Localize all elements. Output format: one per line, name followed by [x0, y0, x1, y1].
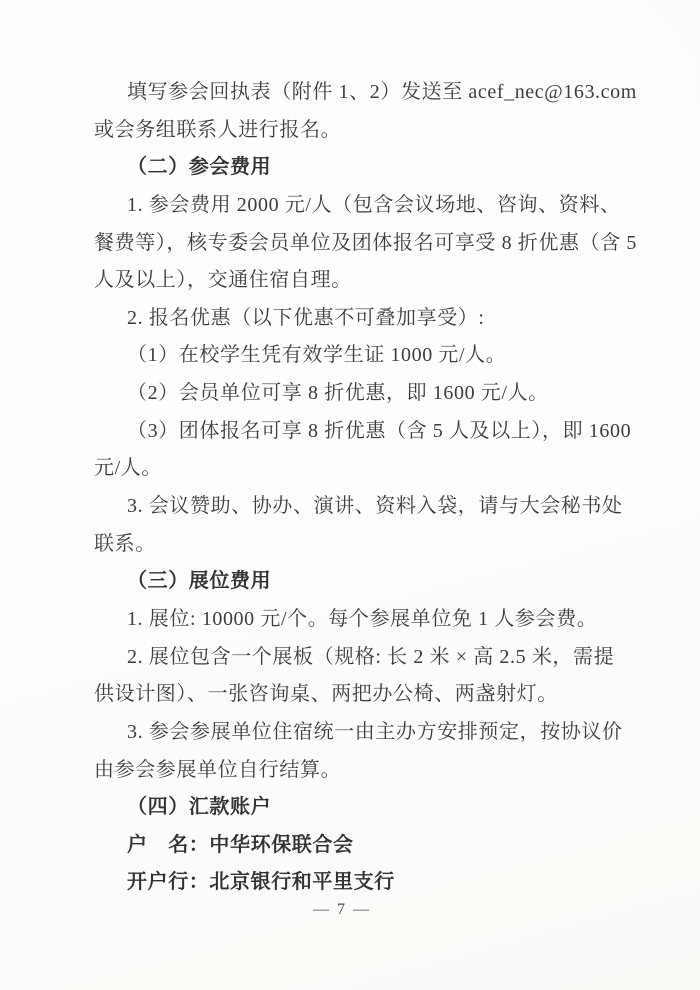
bank-branch-line: 开户行：北京银行和平里支行 [94, 864, 614, 902]
section-heading-account: （四）汇款账户 [94, 789, 614, 827]
section-heading-booth: （三）展位费用 [94, 563, 614, 601]
paragraph-line: 由参会参展单位自行结算。 [94, 752, 614, 790]
list-item-member-discount: （2）会员单位可享 8 折优惠，即 1600 元/人。 [94, 375, 614, 413]
paragraph-line: 3. 会议赞助、协办、演讲、资料入袋，请与大会秘书处 [94, 488, 614, 526]
paragraph-line: 1. 展位: 10000 元/个。每个参展单位免 1 人参会费。 [94, 601, 614, 639]
paragraph-line: 2. 报名优惠（以下优惠不可叠加享受）: [94, 300, 614, 338]
paragraph-line: 1. 参会费用 2000 元/人（包含会议场地、咨询、资料、 [94, 187, 614, 225]
paragraph-line: 元/人。 [94, 450, 614, 488]
list-item-student-discount: （1）在校学生凭有效学生证 1000 元/人。 [94, 337, 614, 375]
paragraph-line: 人及以上），交通住宿自理。 [94, 262, 614, 300]
document-body: 填写参会回执表（附件 1、2）发送至 acef_nec@163.com 或会务组… [94, 74, 614, 902]
paragraph-line: 3. 参会参展单位住宿统一由主办方安排预定，按协议价 [94, 714, 614, 752]
document-page: 填写参会回执表（附件 1、2）发送至 acef_nec@163.com 或会务组… [0, 0, 700, 990]
account-name-line: 户 名：中华环保联合会 [94, 827, 614, 865]
page-number: — 7 — [0, 901, 700, 919]
paragraph-line: 2. 展位包含一个展板（规格: 长 2 米 × 高 2.5 米，需提 [94, 639, 614, 677]
paragraph-line: 供设计图）、一张咨询桌、两把办公椅、两盏射灯。 [94, 676, 614, 714]
section-heading-fees: （二）参会费用 [94, 149, 614, 187]
paragraph-line: 填写参会回执表（附件 1、2）发送至 acef_nec@163.com [94, 74, 614, 112]
paragraph-line: 餐费等），核专委会员单位及团体报名可享受 8 折优惠（含 5 [94, 225, 614, 263]
list-item-group-discount: （3）团体报名可享 8 折优惠（含 5 人及以上），即 1600 [94, 413, 614, 451]
paragraph-line: 联系。 [94, 526, 614, 564]
paragraph-line: 或会务组联系人进行报名。 [94, 112, 614, 150]
